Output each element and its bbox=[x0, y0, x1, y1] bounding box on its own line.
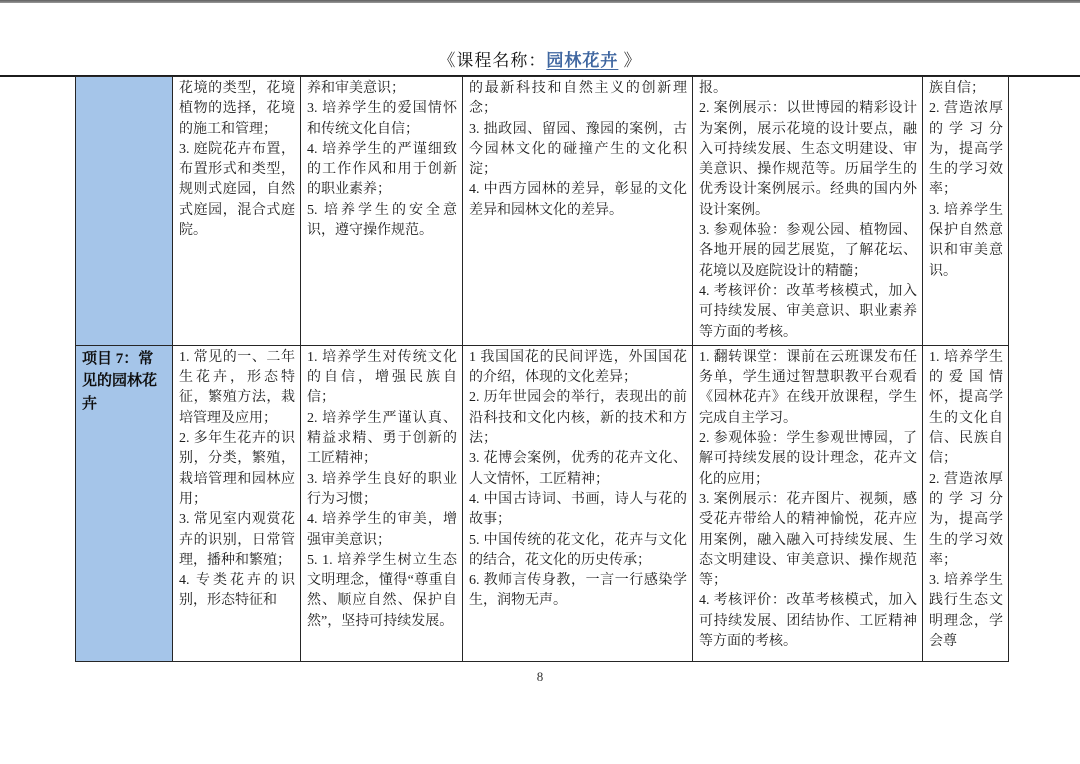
syllabus-table: 花境的类型，花境植物的选择，花境的施工和管理； 3. 庭院花卉布置，布置形式和类… bbox=[75, 76, 1009, 662]
cell-teaching-methods: 1. 翻转课堂：课前在云班课发布任务单，学生通过智慧职教平台观看《园林花卉》在线… bbox=[693, 345, 923, 661]
ideology-elements-text: 的最新科技和自然主义的创新理念； 3. 拙政园、留园、豫园的案例，古今园林文化的… bbox=[469, 79, 687, 221]
teaching-methods-text: 1. 翻转课堂：课前在云班课发布任务单，学生通过智慧职教平台观看《园林花卉》在线… bbox=[699, 348, 917, 652]
project-label: 项目 7：常见的园林花卉 bbox=[82, 348, 167, 416]
document-title: 《课程名称：园林花卉 》 bbox=[0, 46, 1080, 71]
cell-ideology-objectives: 养和审美意识； 3. 培养学生的爱国情怀和传统文化自信； 4. 培养学生的严谨细… bbox=[301, 77, 463, 346]
teaching-content-text: 花境的类型，花境植物的选择，花境的施工和管理； 3. 庭院花卉布置，布置形式和类… bbox=[179, 79, 295, 241]
document-page: 《课程名称：园林花卉 》 花境的类型，花境植物的选择，花境的施工和管理； 3. … bbox=[0, 0, 1080, 764]
project-label-cell: 项目 7：常见的园林花卉 bbox=[76, 345, 173, 661]
cell-ideology-elements: 1 我国国花的民间评选，外国国花的介绍，体现的文化差异； 2. 历年世园会的举行… bbox=[463, 345, 693, 661]
cell-expected-effects: 族自信； 2. 营造浓厚的学习分为，提高学生的学习效率； 3. 培养学生保护自然… bbox=[923, 77, 1009, 346]
expected-effects-text: 族自信； 2. 营造浓厚的学习分为，提高学生的学习效率； 3. 培养学生保护自然… bbox=[929, 79, 1003, 282]
page-number: 8 bbox=[0, 669, 1080, 685]
document-title-prefix: 《课程名称： bbox=[438, 51, 546, 70]
table-row-continued: 花境的类型，花境植物的选择，花境的施工和管理； 3. 庭院花卉布置，布置形式和类… bbox=[76, 77, 1009, 346]
cell-teaching-content: 花境的类型，花境植物的选择，花境的施工和管理； 3. 庭院花卉布置，布置形式和类… bbox=[173, 77, 301, 346]
page-top-divider bbox=[0, 0, 1080, 3]
table-row-project-7: 项目 7：常见的园林花卉 1. 常见的一、二年生花卉，形态特征，繁殖方法，栽培管… bbox=[76, 345, 1009, 661]
cell-ideology-elements: 的最新科技和自然主义的创新理念； 3. 拙政园、留园、豫园的案例，古今园林文化的… bbox=[463, 77, 693, 346]
course-name-link: 园林花卉 bbox=[546, 51, 618, 70]
cell-ideology-objectives: 1. 培养学生对传统文化的自信，增强民族自信； 2. 培养学生严谨认真、精益求精… bbox=[301, 345, 463, 661]
ideology-objectives-text: 养和审美意识； 3. 培养学生的爱国情怀和传统文化自信； 4. 培养学生的严谨细… bbox=[307, 79, 457, 241]
project-label-cell bbox=[76, 77, 173, 346]
cell-expected-effects: 1. 培养学生的爱国情怀，提高学生的文化自信、民族自信； 2. 营造浓厚的学习分… bbox=[923, 345, 1009, 661]
ideology-elements-text: 1 我国国花的民间评选，外国国花的介绍，体现的文化差异； 2. 历年世园会的举行… bbox=[469, 348, 687, 612]
ideology-objectives-text: 1. 培养学生对传统文化的自信，增强民族自信； 2. 培养学生严谨认真、精益求精… bbox=[307, 348, 457, 632]
teaching-methods-text: 报。 2. 案例展示：以世博园的精彩设计为案例，展示花境的设计要点，融入可持续发… bbox=[699, 79, 917, 343]
teaching-content-text: 1. 常见的一、二年生花卉，形态特征，繁殖方法，栽培管理及应用； 2. 多年生花… bbox=[179, 348, 295, 612]
expected-effects-text: 1. 培养学生的爱国情怀，提高学生的文化自信、民族自信； 2. 营造浓厚的学习分… bbox=[929, 348, 1003, 652]
document-title-suffix: 》 bbox=[618, 51, 641, 70]
cell-teaching-methods: 报。 2. 案例展示：以世博园的精彩设计为案例，展示花境的设计要点，融入可持续发… bbox=[693, 77, 923, 346]
cell-teaching-content: 1. 常见的一、二年生花卉，形态特征，繁殖方法，栽培管理及应用； 2. 多年生花… bbox=[173, 345, 301, 661]
